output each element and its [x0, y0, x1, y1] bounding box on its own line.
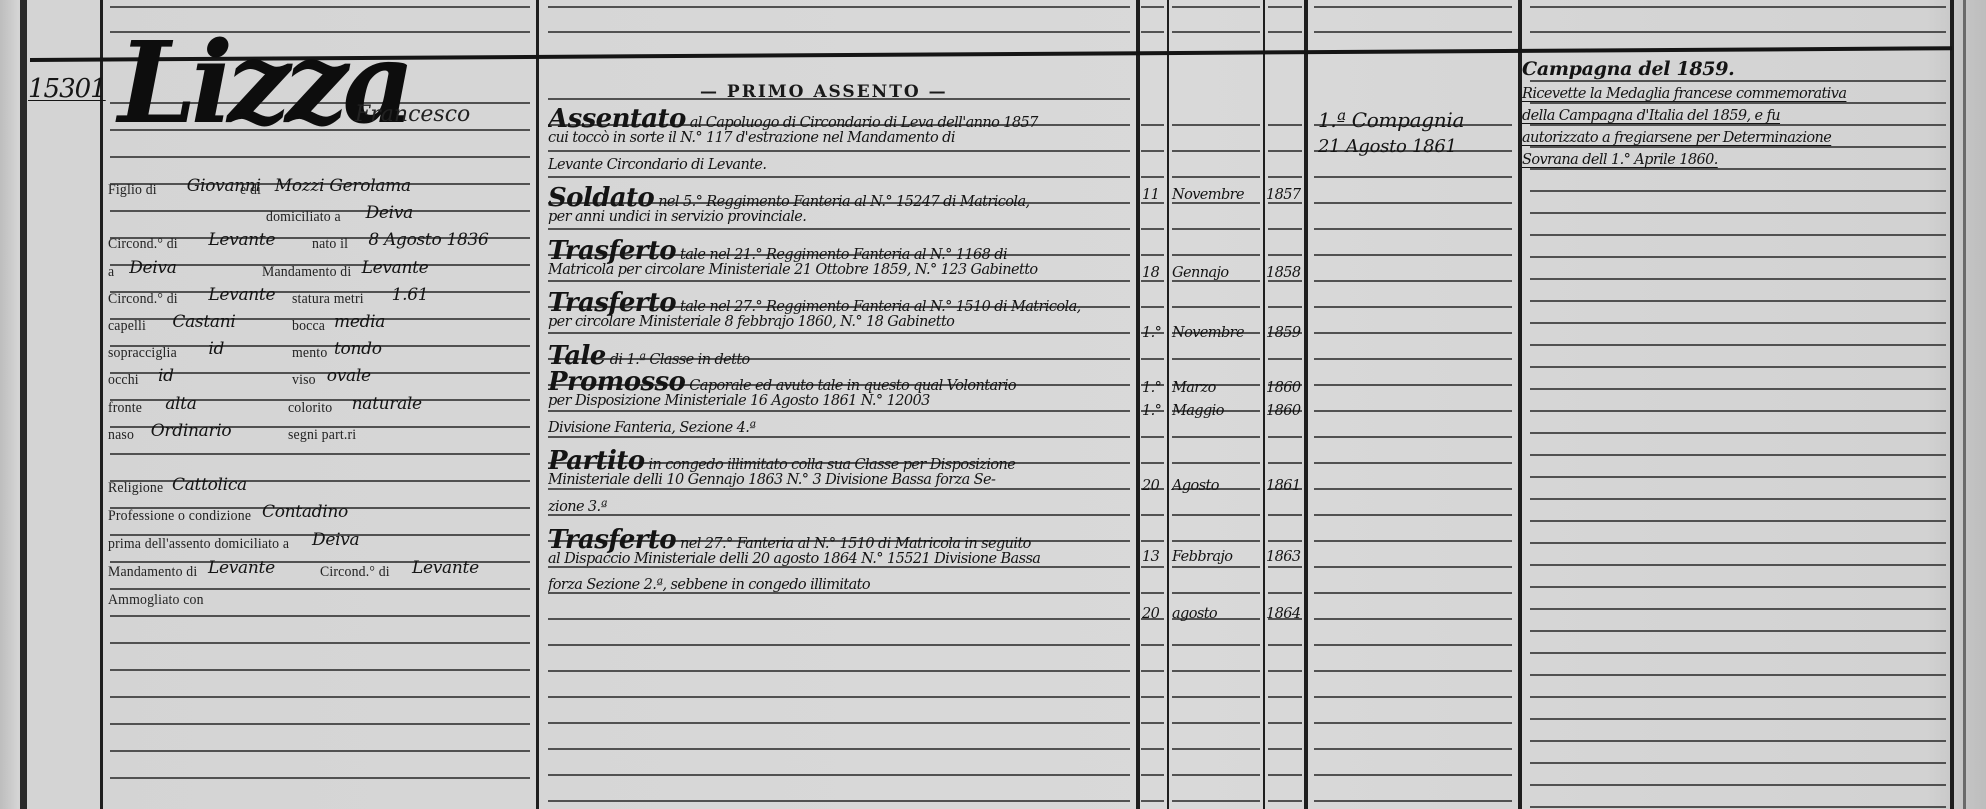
- assento-line: per anni undici in servizio provinciale.: [548, 209, 1133, 225]
- field-value: id: [208, 339, 224, 359]
- ruled-line: [1530, 256, 1946, 258]
- ruled-line: [1172, 774, 1260, 776]
- field-label: mento: [292, 345, 327, 362]
- date-day: 1.°: [1142, 403, 1161, 419]
- ruled-line: [1530, 146, 1946, 148]
- ruled-line: [1314, 410, 1512, 412]
- field-value: Deiva: [366, 203, 413, 223]
- ruled-line: [1530, 564, 1946, 566]
- mandamento-label: Mandamento di: [108, 564, 197, 581]
- date-year: 1863: [1266, 549, 1301, 565]
- field-label: viso: [292, 372, 316, 389]
- ruled-line: [1314, 644, 1512, 646]
- mandamento-value: Levante: [208, 558, 275, 578]
- ruled-line: [110, 156, 530, 158]
- assento-line: per circolare Ministeriale 8 febbrajo 18…: [548, 314, 1133, 330]
- ruled-line: [1314, 566, 1512, 568]
- field-value: Levante: [362, 258, 429, 278]
- ruled-line: [548, 618, 1130, 620]
- ruled-line: [1268, 722, 1302, 724]
- ruled-line: [1530, 454, 1946, 456]
- ruled-line: [1141, 31, 1164, 33]
- ruled-line: [1141, 670, 1164, 672]
- ruled-line: [1268, 800, 1302, 802]
- ruled-line: [110, 777, 530, 779]
- ruled-line: [1530, 652, 1946, 654]
- company-line-2: 21 Agosto 1861: [1318, 136, 1457, 157]
- ruled-line: [1268, 774, 1302, 776]
- assento-line: per Disposizione Ministeriale 16 Agosto …: [548, 393, 1133, 409]
- ruled-line: [1268, 31, 1302, 33]
- ruled-line: [1530, 806, 1946, 808]
- date-month: Novembre: [1172, 187, 1244, 203]
- field-label: colorito: [288, 400, 332, 417]
- religion-value: Cattolica: [172, 475, 247, 495]
- ruled-line: [548, 748, 1130, 750]
- ruled-line: [1530, 190, 1946, 192]
- ruled-line: [1268, 358, 1302, 360]
- ruled-line: [1268, 670, 1302, 672]
- ruled-line: [1314, 800, 1512, 802]
- registration-number: 15301: [28, 74, 106, 104]
- field-value: id: [158, 366, 174, 386]
- ruled-line: [1268, 306, 1302, 308]
- given-name: Francesco: [355, 102, 470, 127]
- assento-line: Divisione Fanteria, Sezione 4.ª: [548, 420, 1133, 436]
- ruled-line: [548, 644, 1130, 646]
- ruled-line: [1141, 514, 1164, 516]
- ruled-line: [1141, 748, 1164, 750]
- ruled-line: [1172, 566, 1260, 568]
- ruled-line: [1530, 212, 1946, 214]
- field-label: occhi: [108, 372, 139, 389]
- ruled-line: [1268, 540, 1302, 542]
- field-label: Figlio di: [108, 182, 157, 199]
- field-label: capelli: [108, 318, 146, 335]
- ruled-line: [1268, 436, 1302, 438]
- ruled-line: [548, 332, 1130, 334]
- ruled-line: [1172, 306, 1260, 308]
- ruled-line: [1314, 618, 1512, 620]
- field-value: Castani: [172, 312, 235, 332]
- campaign-line: Ricevette la Medaglia francese commemora…: [1522, 86, 1846, 102]
- ruled-line: [1141, 306, 1164, 308]
- ruled-line: [1314, 202, 1512, 204]
- ruled-line: [1141, 124, 1164, 126]
- primo-assento-heading: — PRIMO ASSENTO —: [700, 82, 948, 102]
- ruled-line: [1172, 358, 1260, 360]
- ruled-line: [1314, 6, 1512, 8]
- ruled-line: [110, 642, 530, 644]
- ruled-line: [1172, 228, 1260, 230]
- personal-row: Circond.° diLevantestatura metri1.61: [0, 287, 540, 313]
- ruled-line: [1268, 644, 1302, 646]
- ruled-line: [1314, 31, 1512, 33]
- personal-row: frontealtacoloritonaturale: [0, 396, 540, 422]
- ruled-line: [1530, 300, 1946, 302]
- ruled-line: [1172, 436, 1260, 438]
- ruled-line: [1314, 254, 1512, 256]
- ruled-line: [1530, 740, 1946, 742]
- ruled-line: [1141, 254, 1164, 256]
- assento-line: al Dispaccio Ministeriale delli 20 agost…: [548, 551, 1133, 567]
- ruled-line: [1530, 234, 1946, 236]
- circondario-label: Circond.° di: [320, 564, 390, 581]
- date-year: 1860: [1266, 403, 1301, 419]
- ruled-line: [548, 31, 1130, 33]
- field-label: Circond.° di: [108, 291, 178, 308]
- ruled-line: [1172, 592, 1260, 594]
- ruled-line: [1530, 124, 1946, 126]
- prior-domicile-label: prima dell'assento domiciliato a: [108, 536, 289, 553]
- ruled-line: [1268, 514, 1302, 516]
- date-year: 1857: [1266, 187, 1301, 203]
- ruled-line: [1268, 748, 1302, 750]
- ruled-line: [1530, 6, 1946, 8]
- ruled-line: [1314, 280, 1512, 282]
- field-value: alta: [165, 394, 196, 414]
- ruled-line: [1530, 520, 1946, 522]
- campaign-line: Sovrana dell 1.° Aprile 1860.: [1522, 152, 1718, 168]
- ruled-line: [548, 280, 1130, 282]
- ruled-line: [1268, 6, 1302, 8]
- ruled-line: [1530, 762, 1946, 764]
- ruled-line: [1268, 150, 1302, 152]
- ruled-line: [548, 6, 1130, 8]
- ruled-line: [548, 774, 1130, 776]
- campaign-line: autorizzato a fregiarsene per Determinaz…: [1522, 130, 1831, 146]
- assento-line: cui toccò in sorte il N.° 117 d'estrazio…: [548, 130, 1133, 146]
- ruled-line: [1314, 514, 1512, 516]
- ruled-line: [1172, 748, 1260, 750]
- field-label: statura metri: [292, 291, 364, 308]
- ruled-line: [1268, 566, 1302, 568]
- date-year: 1859: [1266, 325, 1301, 341]
- assento-line: Ministeriale delli 10 Gennajo 1863 N.° 3…: [548, 472, 1133, 488]
- year-column-divider: [1304, 0, 1308, 809]
- ruled-line: [110, 453, 530, 455]
- date-month: Maggio: [1172, 403, 1224, 419]
- ruled-line: [1314, 462, 1512, 464]
- date-month: Agosto: [1172, 478, 1219, 494]
- ruled-line: [1314, 540, 1512, 542]
- ruled-line: [1530, 696, 1946, 698]
- field-label: nato il: [312, 236, 348, 253]
- ruled-line: [1141, 436, 1164, 438]
- field-label: sopracciglia: [108, 345, 177, 362]
- field-value: naturale: [352, 394, 422, 414]
- field-value: tondo: [334, 339, 382, 359]
- ruled-line: [110, 696, 530, 698]
- ruled-line: [1141, 358, 1164, 360]
- ruled-line: [1314, 722, 1512, 724]
- field-label: Circond.° di: [108, 236, 178, 253]
- ruled-line: [1172, 644, 1260, 646]
- assento-line: Levante Circondario di Levante.: [548, 157, 1133, 173]
- ruled-line: [1268, 124, 1302, 126]
- ruled-line: [548, 228, 1130, 230]
- date-year: 1861: [1266, 478, 1301, 494]
- ruled-line: [1141, 462, 1164, 464]
- ruled-line: [1268, 228, 1302, 230]
- married-label: Ammogliato con: [108, 592, 204, 609]
- personal-row: aDeivaMandamento diLevante: [0, 260, 540, 286]
- campaign-title: Campagna del 1859.: [1522, 58, 1734, 80]
- field-label: e di: [240, 182, 261, 199]
- ruled-line: [1314, 306, 1512, 308]
- field-label: segni part.ri: [288, 427, 356, 444]
- company-line-1: 1.ª Compagnia: [1318, 108, 1464, 132]
- ruled-line: [1172, 722, 1260, 724]
- date-day: 13: [1142, 549, 1159, 565]
- ruled-line: [1172, 124, 1260, 126]
- ruled-line: [1172, 696, 1260, 698]
- ruled-line: [1530, 476, 1946, 478]
- ruled-line: [1172, 514, 1260, 516]
- ruled-line: [548, 176, 1130, 178]
- ruled-line: [1268, 592, 1302, 594]
- ruled-line: [1314, 358, 1512, 360]
- personal-row: occhiidvisoovale: [0, 368, 540, 394]
- ruled-line: [1530, 102, 1946, 104]
- date-day: 20: [1142, 606, 1159, 622]
- ruled-line: [1530, 586, 1946, 588]
- field-value: ovale: [327, 366, 371, 386]
- personal-row: Figlio diGiovannie diMozzi Gerolama: [0, 178, 540, 204]
- ruled-line: [110, 6, 530, 8]
- assento-line: zione 3.ª: [548, 499, 1133, 515]
- field-value: media: [334, 312, 385, 332]
- date-year: 1858: [1266, 265, 1301, 281]
- ruled-line: [1141, 644, 1164, 646]
- ruled-line: [1530, 718, 1946, 720]
- right-border-outer: [1963, 0, 1966, 809]
- ruled-line: [110, 588, 530, 590]
- ruled-line: [1530, 322, 1946, 324]
- ruled-line: [1268, 176, 1302, 178]
- ruled-line: [548, 436, 1130, 438]
- ruled-line: [1141, 150, 1164, 152]
- ruled-line: [1172, 150, 1260, 152]
- ruled-line: [1314, 176, 1512, 178]
- ruled-line: [1141, 800, 1164, 802]
- ruled-line: [548, 488, 1130, 490]
- field-label: Mandamento di: [262, 264, 351, 281]
- religion-label: Religione: [108, 480, 163, 497]
- ruled-line: [1314, 696, 1512, 698]
- ruled-line: [1141, 566, 1164, 568]
- personal-row: capelliCastaniboccamedia: [0, 314, 540, 340]
- prior-domicile-value: Deiva: [312, 530, 359, 550]
- ruled-line: [110, 750, 530, 752]
- ruled-line: [1141, 176, 1164, 178]
- ruled-line: [1314, 228, 1512, 230]
- circondario-value: Levante: [412, 558, 479, 578]
- date-day: 11: [1142, 187, 1159, 203]
- ruled-line: [1530, 31, 1946, 33]
- ruled-line: [1172, 670, 1260, 672]
- ruled-line: [1141, 540, 1164, 542]
- field-label: fronte: [108, 400, 142, 417]
- ruled-line: [110, 615, 530, 617]
- ruled-line: [1530, 410, 1946, 412]
- personal-row: Circond.° diLevantenato il8 Agosto 1836: [0, 232, 540, 258]
- ruled-line: [1268, 254, 1302, 256]
- profession-label: Professione o condizione: [108, 508, 251, 525]
- ruled-line: [548, 696, 1130, 698]
- ruled-line: [1530, 278, 1946, 280]
- date-year: 1860: [1266, 380, 1301, 396]
- ruled-line: [548, 800, 1130, 802]
- ruled-line: [1268, 696, 1302, 698]
- ruled-line: [1530, 674, 1946, 676]
- ruled-line: [1530, 630, 1946, 632]
- field-value: Mozzi Gerolama: [275, 176, 411, 196]
- ruled-line: [1172, 540, 1260, 542]
- ruled-line: [110, 723, 530, 725]
- ruled-line: [1141, 774, 1164, 776]
- ruled-line: [1530, 432, 1946, 434]
- ruled-line: [1314, 670, 1512, 672]
- ruled-line: [1314, 332, 1512, 334]
- ruled-line: [548, 722, 1130, 724]
- ruled-line: [1314, 774, 1512, 776]
- personal-row: nasoOrdinariosegni part.ri: [0, 423, 540, 449]
- assento-line: forza Sezione 2.ª, sebbene in congedo il…: [548, 577, 1133, 593]
- ruled-line: [1530, 344, 1946, 346]
- assento-line: Matricola per circolare Ministeriale 21 …: [548, 262, 1133, 278]
- ruled-line: [1141, 696, 1164, 698]
- field-label: a: [108, 264, 114, 281]
- ruled-line: [1172, 800, 1260, 802]
- date-month: Febbrajo: [1172, 549, 1232, 565]
- ruled-line: [1530, 608, 1946, 610]
- date-month: Novembre: [1172, 325, 1244, 341]
- ruled-line: [1314, 488, 1512, 490]
- ruled-line: [548, 410, 1130, 412]
- right-border: [1950, 0, 1954, 809]
- ruled-line: [1530, 388, 1946, 390]
- ruled-line: [1314, 592, 1512, 594]
- ruled-line: [1530, 498, 1946, 500]
- ruled-line: [1141, 6, 1164, 8]
- ruled-line: [1141, 722, 1164, 724]
- assento-column-divider: [1136, 0, 1140, 809]
- field-label: bocca: [292, 318, 325, 335]
- date-day: 20: [1142, 478, 1159, 494]
- ruled-line: [1530, 168, 1946, 170]
- ruled-line: [1268, 462, 1302, 464]
- profession-value: Contadino: [262, 502, 348, 522]
- ruled-line: [1141, 228, 1164, 230]
- field-value: Ordinario: [151, 421, 232, 441]
- ruled-line: [1314, 436, 1512, 438]
- field-value: Levante: [208, 285, 275, 305]
- date-month: Gennajo: [1172, 265, 1229, 281]
- field-value: 8 Agosto 1836: [368, 230, 488, 250]
- ruled-line: [1530, 784, 1946, 786]
- date-year: 1864: [1266, 606, 1301, 622]
- field-value: 1.61: [392, 285, 429, 305]
- ruled-line: [548, 670, 1130, 672]
- date-day: 1.°: [1142, 325, 1161, 341]
- personal-row: domiciliato aDeiva: [0, 205, 540, 231]
- personal-row: sopraccigliaidmentotondo: [0, 341, 540, 367]
- ruled-line: [110, 669, 530, 671]
- ruled-line: [548, 150, 1130, 152]
- ruled-line: [1141, 592, 1164, 594]
- ruled-line: [1172, 31, 1260, 33]
- date-day: 1.°: [1142, 380, 1161, 396]
- day-column-divider: [1167, 0, 1169, 809]
- ruled-line: [1172, 462, 1260, 464]
- date-month: agosto: [1172, 606, 1217, 622]
- field-label: domiciliato a: [266, 209, 341, 226]
- field-value: Levante: [208, 230, 275, 250]
- ruled-line: [1530, 366, 1946, 368]
- register-page: 15301 Lizza Francesco Figlio diGiovannie…: [0, 0, 1986, 809]
- ruled-line: [1172, 6, 1260, 8]
- date-day: 18: [1142, 265, 1159, 281]
- date-month: Marzo: [1172, 380, 1216, 396]
- ruled-line: [1314, 748, 1512, 750]
- ruled-line: [1314, 384, 1512, 386]
- ruled-line: [1530, 542, 1946, 544]
- ruled-line: [1172, 254, 1260, 256]
- field-value: Deiva: [129, 258, 176, 278]
- ruled-line: [1172, 176, 1260, 178]
- field-label: naso: [108, 427, 134, 444]
- month-column-divider: [1263, 0, 1265, 809]
- ruled-line: [1530, 80, 1946, 82]
- campaign-line: della Campagna d'Italia del 1859, e fu: [1522, 108, 1780, 124]
